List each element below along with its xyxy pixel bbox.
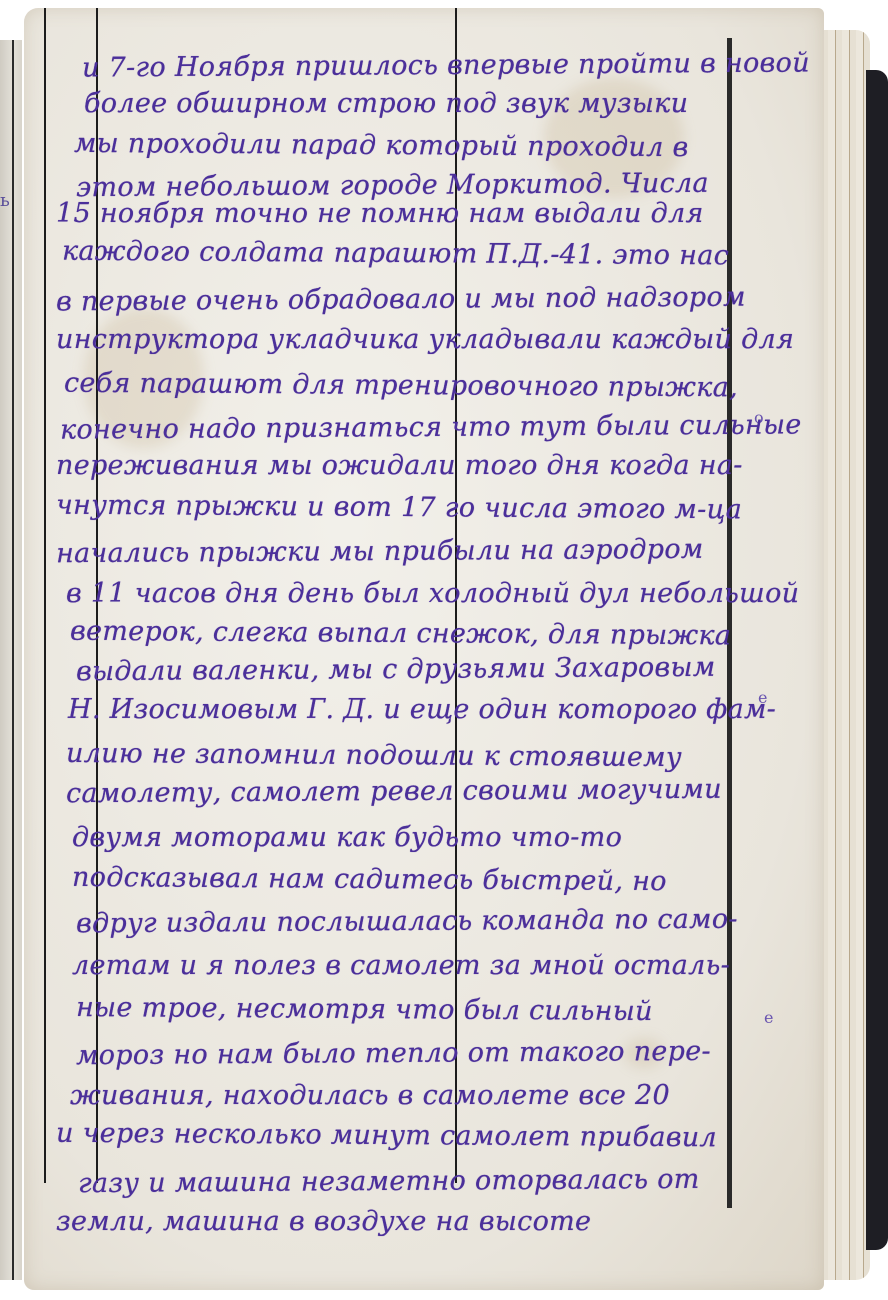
- handwritten-line: подсказывал нам садитесь быстрей, но: [72, 862, 667, 897]
- handwritten-line: самолету, самолет ревел своими могучими: [66, 774, 722, 810]
- handwritten-line: живания, находилась в самолете все 20: [70, 1080, 670, 1111]
- handwritten-line: двумя моторами как будьто что-то: [72, 822, 622, 853]
- handwritten-line: начались прыжки мы прибыли на аэродром: [56, 534, 704, 570]
- handwritten-line: мы проходили парад который проходил в: [74, 128, 689, 163]
- handwritten-line: конечно надо признаться что тут были сил…: [60, 409, 802, 445]
- handwritten-line: каждого солдата парашют П.Д.-41. это нас: [62, 236, 729, 272]
- handwritten-line: ветерок, слегка выпал снежок, для прыжка: [70, 616, 731, 652]
- left-page-edge: ь: [0, 40, 22, 1280]
- notebook-page: о е е и 7-го Ноября пришлось впервые про…: [24, 8, 824, 1290]
- handwritten-line: земли, машина в воздухе на высоте: [56, 1206, 591, 1237]
- handwritten-line: мороз но нам было тепло от такого пере-: [76, 1036, 711, 1071]
- handwritten-line: летам и я полез в самолет за мной осталь…: [72, 950, 730, 981]
- handwritten-line: более обширном строю под звук музыки: [84, 88, 688, 119]
- handwritten-line: газу и машина незаметно оторвалась от: [78, 1164, 700, 1199]
- handwritten-line: переживания мы ожидали того дня когда на…: [56, 450, 743, 481]
- handwritten-line: себя парашют для тренировочного прыжка,: [64, 368, 738, 404]
- handwritten-line: Н. Изосимовым Г. Д. и еще один которого …: [68, 694, 776, 725]
- handwritten-line: и через несколько минут самолет прибавил: [56, 1118, 717, 1154]
- right-margin-marks: о е е: [754, 88, 814, 1188]
- handwritten-line: в первые очень обрадовало и мы под надзо…: [56, 282, 746, 318]
- handwritten-line: вдруг издали послышалась команда по само…: [76, 904, 738, 940]
- handwritten-line: и 7-го Ноября пришлось впервые пройти в …: [82, 47, 810, 83]
- left-page-rule: [12, 40, 14, 1280]
- handwritten-line: выдали валенки, мы с друзьями Захаровым: [76, 652, 716, 687]
- handwritten-line: 15 ноября точно не помню нам выдали для: [56, 198, 704, 229]
- book-cover: [866, 70, 888, 1250]
- handwritten-line: чнутся прыжки и вот 17 го числа этого м-…: [56, 490, 742, 526]
- handwritten-line: инструктора укладчика укладывали каждый …: [56, 324, 794, 355]
- handwritten-line: в 11 часов дня день был холодный дул неб…: [66, 578, 799, 609]
- handwritten-line: илию не запомнил подошли к стоявшему: [66, 738, 682, 773]
- margin-mark: е: [764, 1008, 773, 1027]
- margin-rule-outer: [44, 8, 46, 1183]
- handwritten-line: ные трое, несмотря что был сильный: [76, 992, 653, 1027]
- left-page-text-fragment: ь: [0, 190, 10, 211]
